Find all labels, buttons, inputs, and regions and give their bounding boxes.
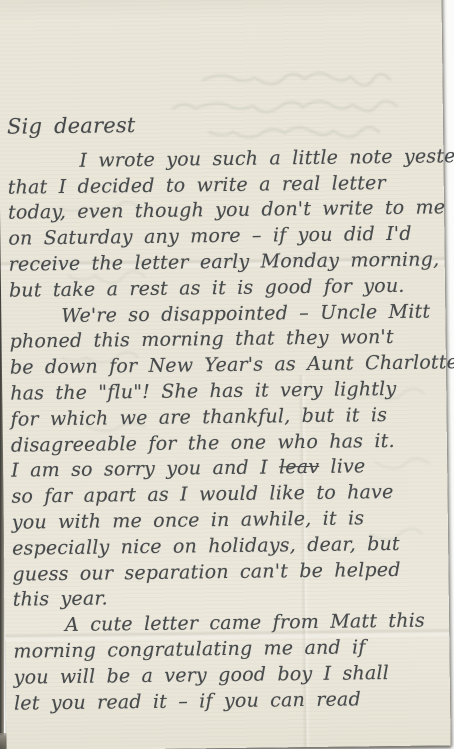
letter-line: let you read it – if you can read — [14, 686, 448, 717]
line-segment: I am so sorry you and I — [11, 457, 279, 482]
letter-line: so far apart as I would like to have — [11, 479, 445, 510]
greeting: Sig dearest — [7, 109, 441, 140]
letter-body: Sig dearest I wrote you such a little no… — [7, 109, 448, 717]
line-segment: live — [319, 456, 365, 479]
letter-paper: Sig dearest I wrote you such a little no… — [0, 0, 451, 749]
strikethrough-word: leav — [279, 456, 319, 478]
letter-scan: Sig dearest I wrote you such a little no… — [0, 0, 454, 749]
letter-line: A cute letter came from Matt this — [13, 608, 447, 639]
letter-line: you will be a very good boy I shall — [14, 660, 448, 691]
